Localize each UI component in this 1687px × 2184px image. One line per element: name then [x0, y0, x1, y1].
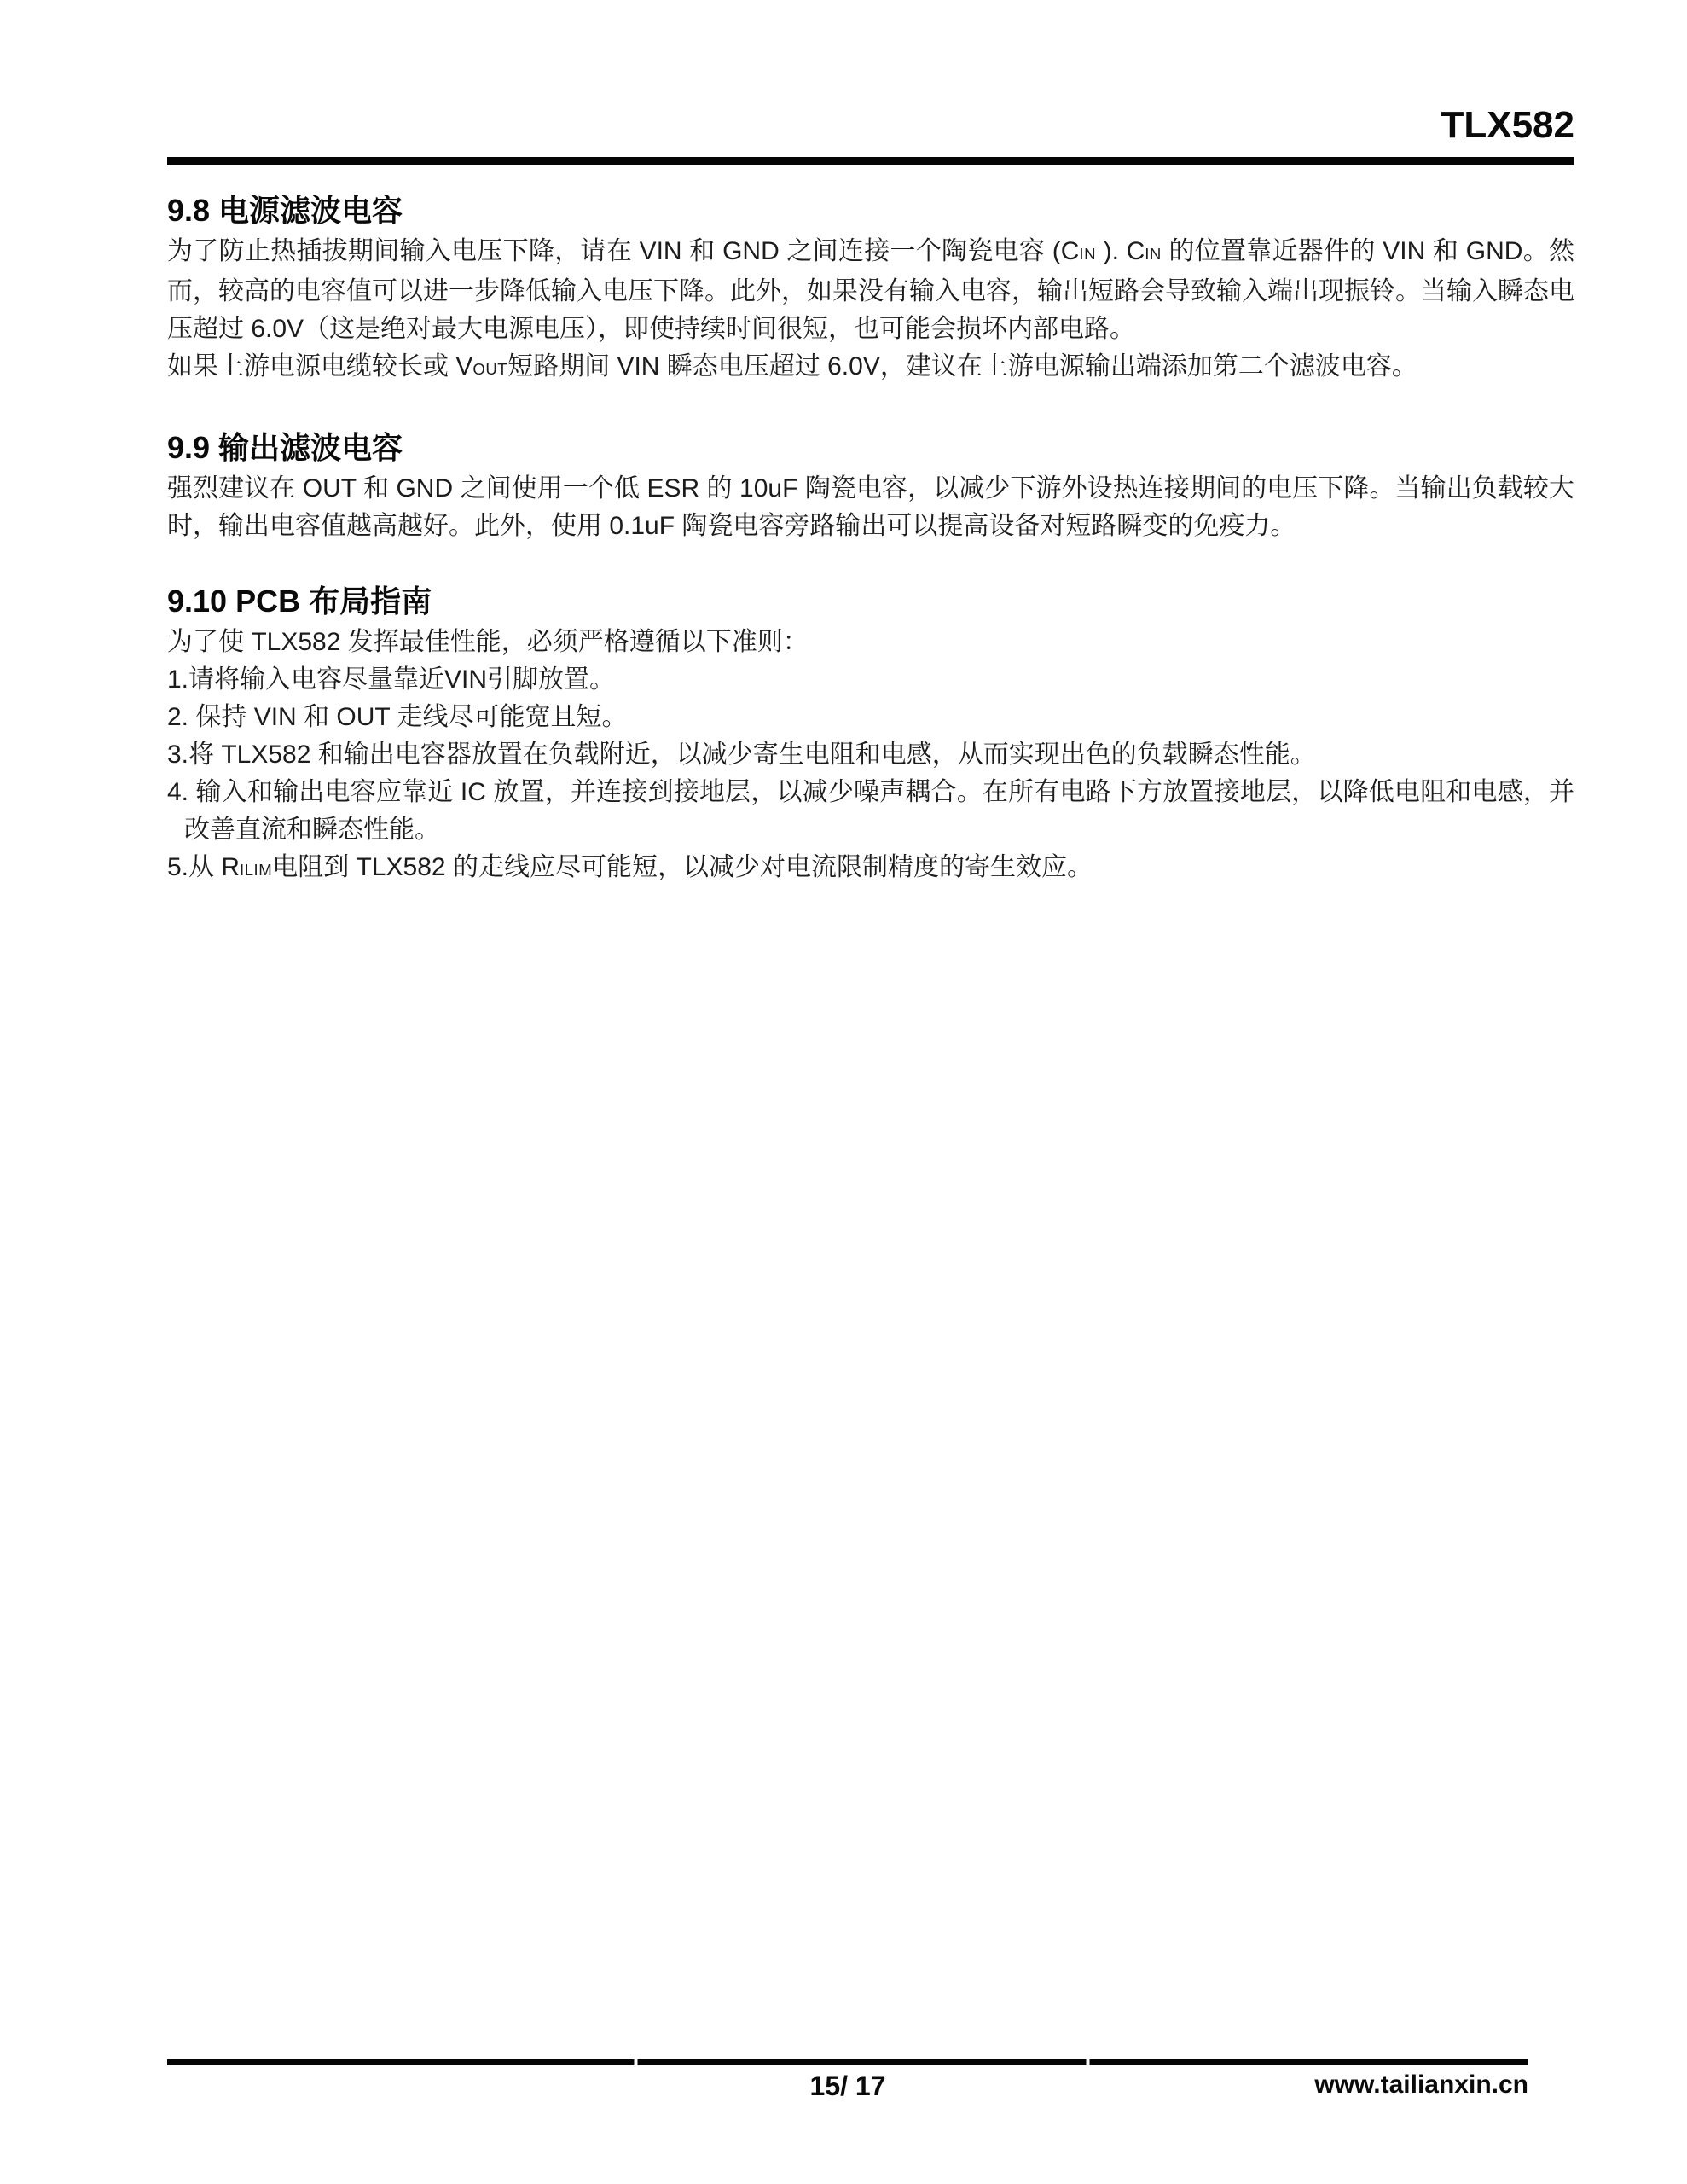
- text-segment: 4. 输入和输出电容应靠近 IC 放置，并连接到接地层，以减少噪声耦合。在所有电…: [167, 778, 1574, 844]
- subscript-text: IN: [1145, 245, 1162, 263]
- page-footer: 15/ 17 www.tailianxin.cn: [167, 2059, 1528, 2105]
- text-segment: 2. 保持 VIN 和 OUT 走线尽可能宽且短。: [167, 703, 628, 731]
- text-segment: 1.请将输入电容尽量靠近VIN引脚放置。: [167, 665, 615, 694]
- header-divider: [167, 157, 1574, 165]
- section-output-filter-capacitor: 9.9 输出滤波电容 强烈建议在 OUT 和 GND 之间使用一个低 ESR 的…: [167, 429, 1574, 545]
- paragraph: 为了防止热插拔期间输入电压下降，请在 VIN 和 GND 之间连接一个陶瓷电容 …: [167, 233, 1574, 348]
- section-heading: 9.8 电源滤波电容: [167, 192, 1574, 229]
- section-input-filter-capacitor: 9.8 电源滤波电容 为了防止热插拔期间输入电压下降，请在 VIN 和 GND …: [167, 192, 1574, 388]
- guideline-list: 1.请将输入电容尽量靠近VIN引脚放置。 2. 保持 VIN 和 OUT 走线尽…: [167, 661, 1574, 889]
- guideline-item: 2. 保持 VIN 和 OUT 走线尽可能宽且短。: [167, 699, 1574, 736]
- paragraph: 强烈建议在 OUT 和 GND 之间使用一个低 ESR 的 10uF 陶瓷电容，…: [167, 470, 1574, 545]
- website-link[interactable]: www.tailianxin.cn: [1314, 2071, 1528, 2100]
- subscript-text: IN: [1079, 245, 1096, 263]
- text-segment: ). C: [1096, 237, 1145, 265]
- footer-divider: [167, 2059, 1528, 2065]
- datasheet-page: TLX582 9.8 电源滤波电容 为了防止热插拔期间输入电压下降，请在 VIN…: [0, 0, 1687, 2184]
- text-segment: 3.将 TLX582 和输出电容器放置在负载附近，以减少寄生电阻和电感，从而实现…: [167, 741, 1316, 769]
- paragraph: 如果上游电源电缆较长或 VOUT短路期间 VIN 瞬态电压超过 6.0V，建议在…: [167, 348, 1574, 388]
- subscript-text: OUT: [472, 360, 507, 378]
- text-segment: 为了使 TLX582 发挥最佳性能，必须严格遵循以下准则：: [167, 628, 809, 656]
- text-segment: 为了防止热插拔期间输入电压下降，请在 VIN 和 GND 之间连接一个陶瓷电容 …: [167, 237, 1079, 265]
- text-segment: 短路期间 VIN 瞬态电压超过 6.0V，建议在上游电源输出端添加第二个滤波电容…: [507, 352, 1417, 380]
- document-title: TLX582: [167, 0, 1574, 147]
- section-heading: 9.10 PCB 布局指南: [167, 583, 1574, 620]
- guidelines-intro: 为了使 TLX582 发挥最佳性能，必须严格遵循以下准则：: [167, 624, 1574, 661]
- page-content: TLX582 9.8 电源滤波电容 为了防止热插拔期间输入电压下降，请在 VIN…: [167, 0, 1574, 889]
- guideline-item: 1.请将输入电容尽量靠近VIN引脚放置。: [167, 661, 1574, 699]
- footer-row: 15/ 17 www.tailianxin.cn: [167, 2071, 1528, 2105]
- guideline-item: 5.从 RILIM电阻到 TLX582 的走线应尽可能短，以减少对电流限制精度的…: [167, 849, 1574, 889]
- text-segment: 电阻到 TLX582 的走线应尽可能短，以减少对电流限制精度的寄生效应。: [272, 853, 1093, 881]
- text-segment: 5.从 R: [167, 853, 240, 881]
- text-segment: 如果上游电源电缆较长或 V: [167, 352, 472, 380]
- guideline-item: 4. 输入和输出电容应靠近 IC 放置，并连接到接地层，以减少噪声耦合。在所有电…: [167, 774, 1574, 849]
- section-heading: 9.9 输出滤波电容: [167, 429, 1574, 467]
- guideline-item: 3.将 TLX582 和输出电容器放置在负载附近，以减少寄生电阻和电感，从而实现…: [167, 736, 1574, 774]
- subscript-text: ILIM: [240, 861, 272, 879]
- text-segment: 强烈建议在 OUT 和 GND 之间使用一个低 ESR 的 10uF 陶瓷电容，…: [167, 474, 1574, 540]
- section-pcb-layout-guidelines: 9.10 PCB 布局指南 为了使 TLX582 发挥最佳性能，必须严格遵循以下…: [167, 583, 1574, 889]
